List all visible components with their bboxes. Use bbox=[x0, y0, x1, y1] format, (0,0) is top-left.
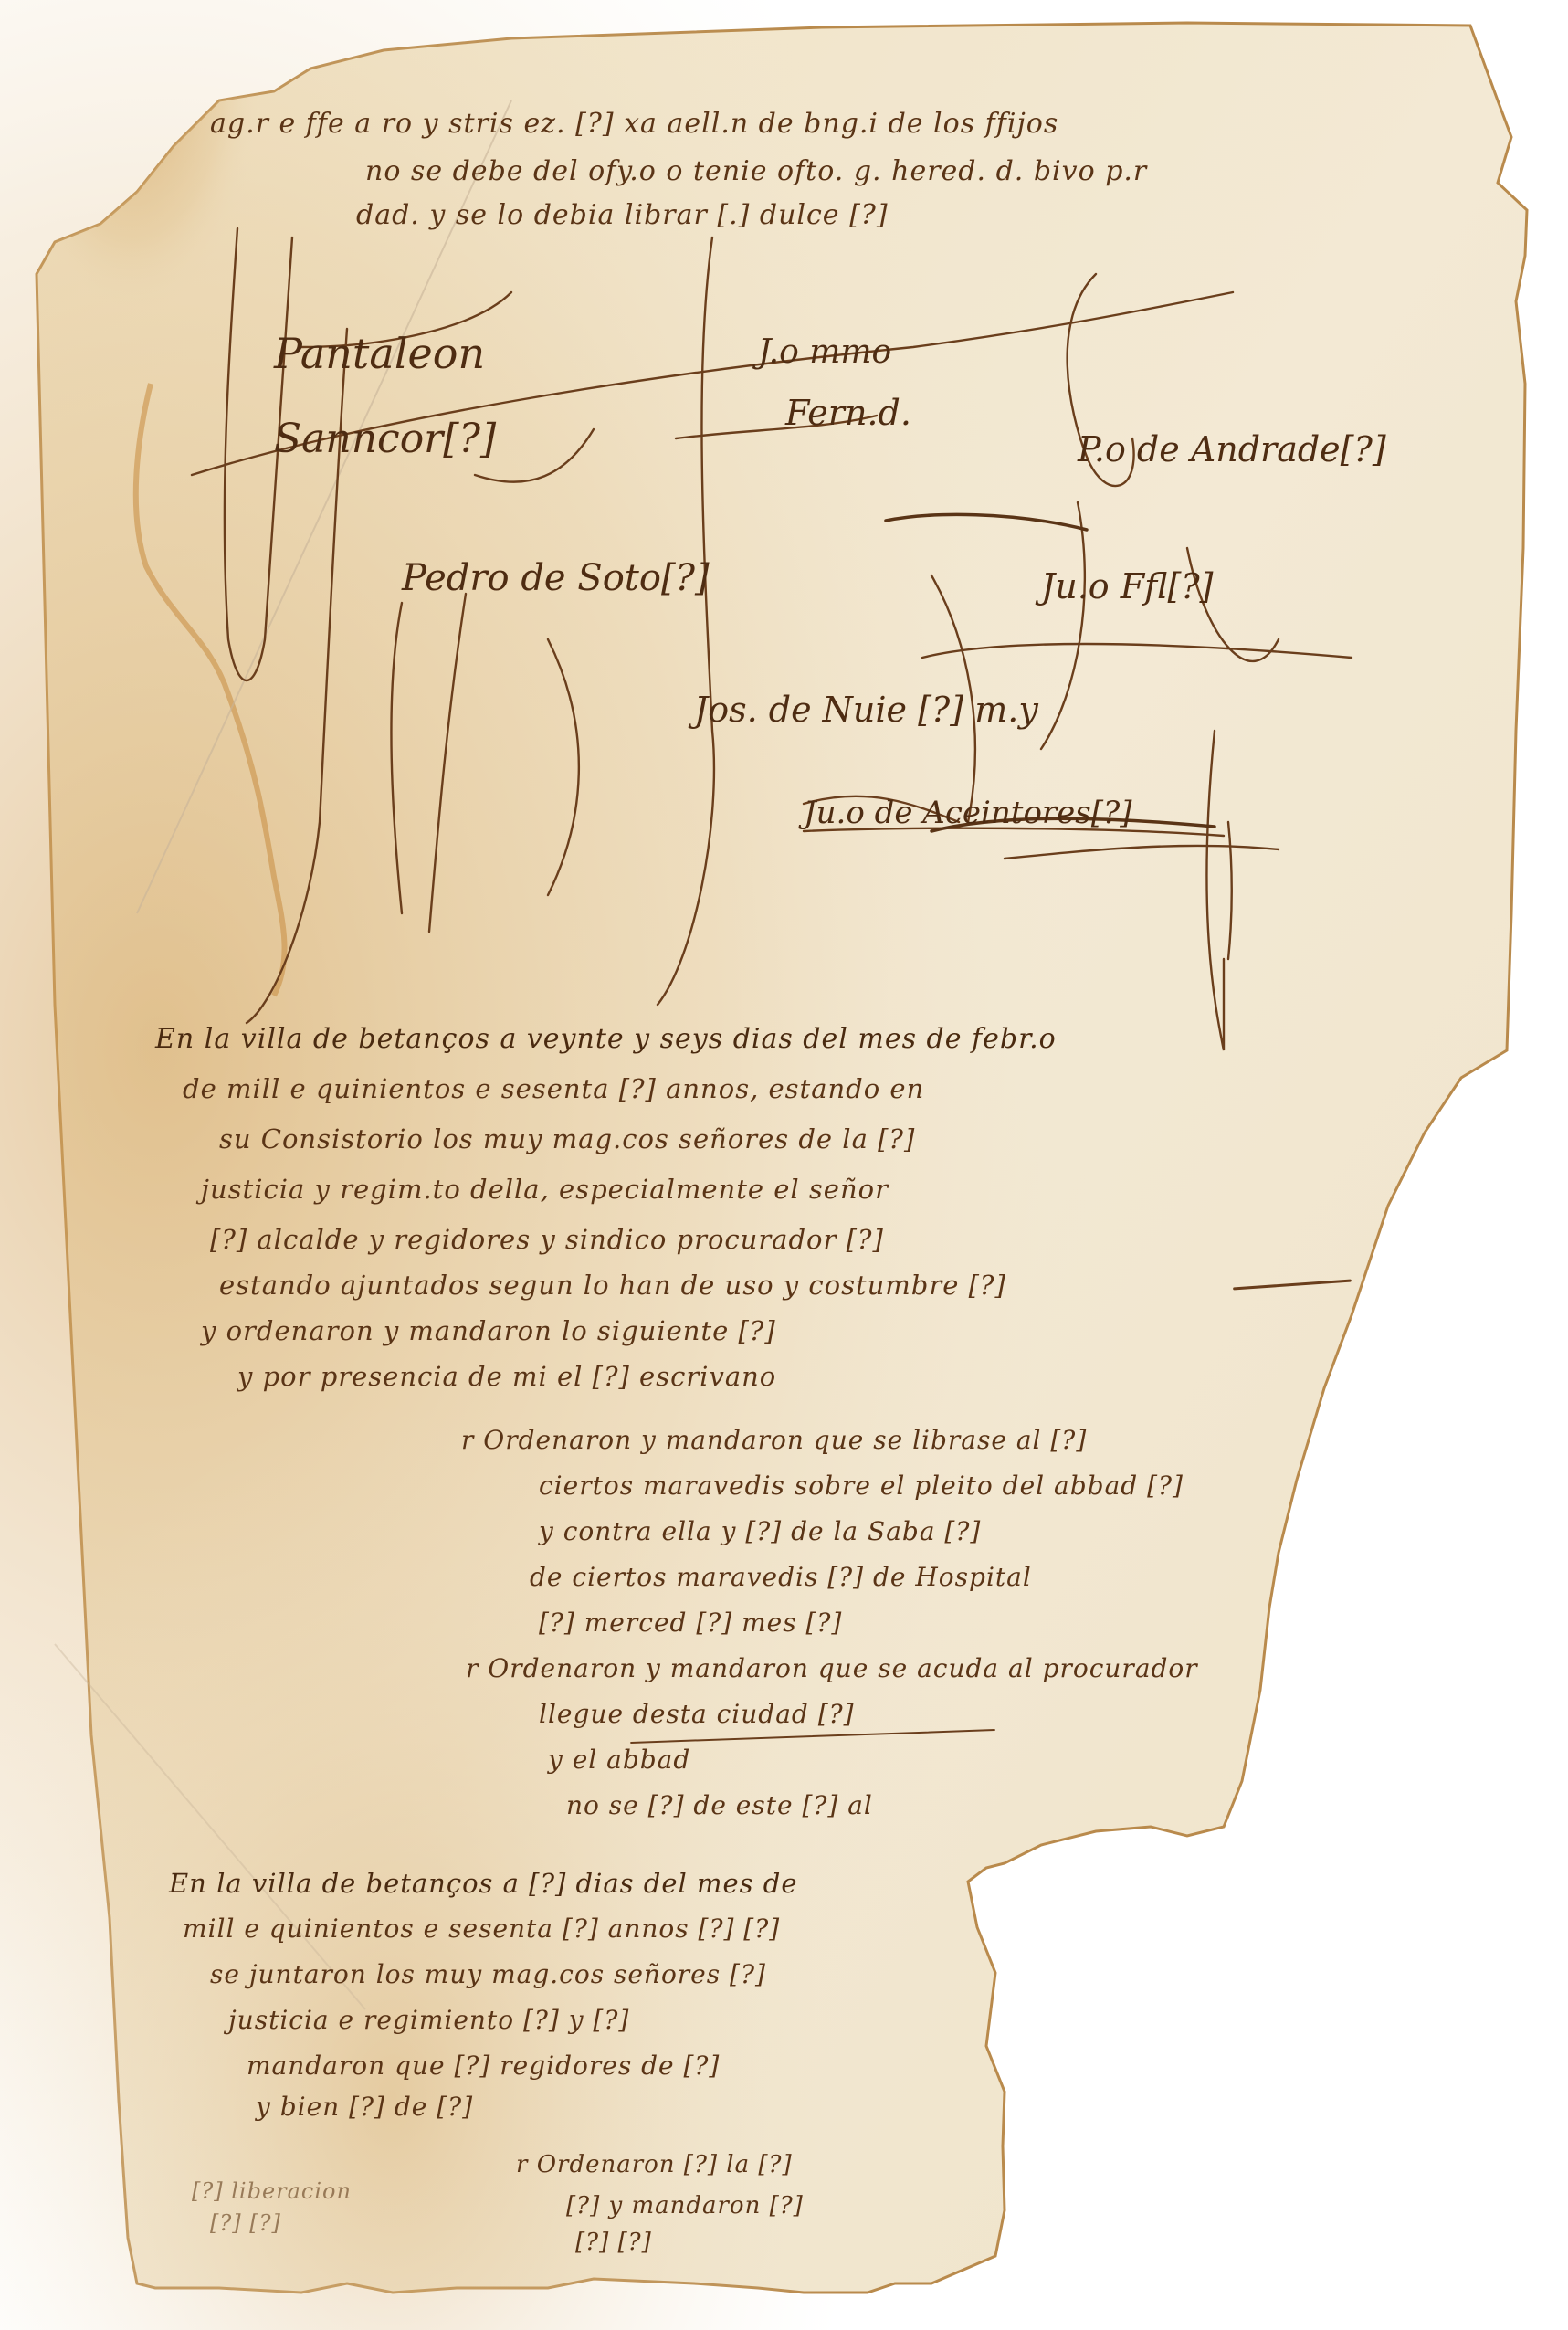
entry-1-item-line-6: r Ordenaron y mandaron que se acuda al p… bbox=[466, 1653, 1198, 1683]
signature-8: Jos. de Nuie [?] m.y bbox=[694, 690, 1038, 730]
entry-1-line-5: [?] alcalde y regidores y sindico procur… bbox=[210, 1224, 884, 1255]
signature-2: Sanncor[?] bbox=[274, 416, 496, 462]
signature-6: P.o de Andrade[?] bbox=[1078, 429, 1386, 469]
entry-2-line-3: se juntaron los muy mag.cos señores [?] bbox=[210, 1959, 766, 1989]
entry-1-item-line-8: y el abbad bbox=[548, 1745, 690, 1775]
signature-7: Ju.o Ffl[?] bbox=[1041, 566, 1213, 606]
header-line-2: no se debe del ofy.o o tenie ofto. g. he… bbox=[365, 155, 1147, 187]
entry-2-item-line-2: [?] y mandaron [?] bbox=[566, 2192, 804, 2219]
signature-9: Ju.o de Aceintores[?] bbox=[804, 795, 1132, 831]
entry-2-line-6: y bien [?] de [?] bbox=[256, 2092, 473, 2122]
signature-4: Fern.d. bbox=[785, 393, 911, 433]
entry-1-line-4: justicia y regim.to della, especialmente… bbox=[201, 1174, 889, 1205]
entry-1-line-8: y por presencia de mi el [?] escrivano bbox=[237, 1361, 776, 1392]
header-line-3: dad. y se lo debia librar [.] dulce [?] bbox=[356, 199, 889, 231]
entry-2-line-4: justicia e regimiento [?] y [?] bbox=[228, 2005, 629, 2035]
entry-1-line-2: de mill e quinientos e sesenta [?] annos… bbox=[183, 1073, 924, 1104]
signature-3: J.o mmo bbox=[758, 333, 891, 371]
entry-2-item-line-1: r Ordenaron [?] la [?] bbox=[516, 2151, 793, 2178]
signature-1: Pantaleon bbox=[274, 329, 485, 378]
entry-1-line-6: estando ajuntados segun lo han de uso y … bbox=[219, 1270, 1006, 1301]
entry-1-item-line-1: r Ordenaron y mandaron que se librase al… bbox=[461, 1425, 1087, 1455]
entry-1-item-line-7: llegue desta ciudad [?] bbox=[539, 1699, 855, 1729]
entry-2-line-2: mill e quinientos e sesenta [?] annos [?… bbox=[183, 1914, 780, 1944]
entry-1-item-line-2: ciertos maravedis sobre el pleito del ab… bbox=[539, 1471, 1184, 1501]
entry-1-item-line-4: de ciertos maravedis [?] de Hospital bbox=[530, 1562, 1032, 1592]
entry-1-line-7: y ordenaron y mandaron lo siguiente [?] bbox=[201, 1315, 776, 1346]
margin-note-line-2: [?] [?] bbox=[210, 2210, 281, 2236]
margin-note-line-1: [?] liberacion bbox=[192, 2178, 352, 2204]
entry-1-item-line-5: [?] merced [?] mes [?] bbox=[539, 1608, 842, 1638]
entry-2-line-5: mandaron que [?] regidores de [?] bbox=[247, 2051, 720, 2081]
entry-1-line-3: su Consistorio los muy mag.cos señores d… bbox=[219, 1123, 915, 1154]
entry-2-line-1: En la villa de betanços a [?] dias del m… bbox=[169, 1868, 798, 1899]
signature-5: Pedro de Soto[?] bbox=[402, 557, 710, 599]
entry-2-item-line-3: [?] [?] bbox=[575, 2229, 652, 2256]
entry-1-item-line-9: no se [?] de este [?] al bbox=[566, 1790, 873, 1820]
header-line-1: ag.r e ffe a ro y stris ez. [?] xa aell.… bbox=[210, 108, 1058, 140]
entry-1-item-line-3: y contra ella y [?] de la Saba [?] bbox=[539, 1516, 981, 1546]
entry-1-line-1: En la villa de betanços a veynte y seys … bbox=[155, 1023, 1057, 1055]
